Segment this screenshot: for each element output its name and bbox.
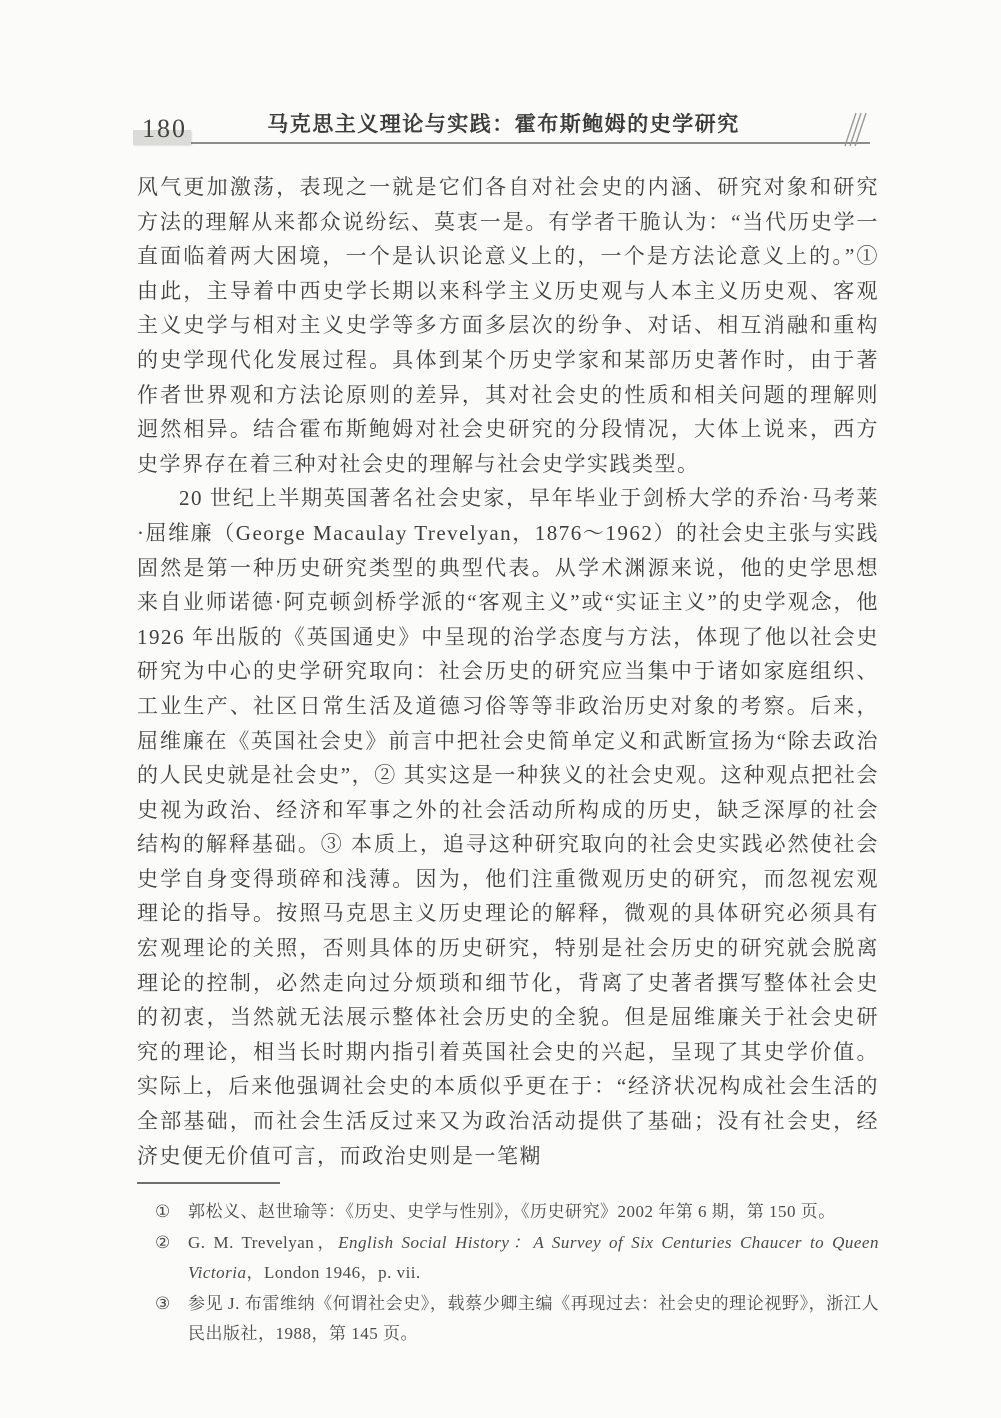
- footnote-separator: [137, 1182, 280, 1184]
- footnote-1-marker: ①: [155, 1197, 177, 1228]
- footnote-1-text: 郭松义、赵世瑜等：《历史、史学与性别》，《历史研究》2002 年第 6 期，第 …: [188, 1197, 879, 1228]
- footnote-2-author: G. M. Trevelyan，: [188, 1233, 338, 1252]
- footnote-3-text: 参见 J. 布雷维纳《何谓社会史》，载蔡少卿主编《再现过去：社会史的理论视野》，…: [188, 1289, 879, 1350]
- page-content: 180 马克思主义理论与实践：霍布斯鲍姆的史学研究 风气更加激荡，表现之一就是它…: [137, 0, 879, 1350]
- footnote-1: ① 郭松义、赵世瑜等：《历史、史学与性别》，《历史研究》2002 年第 6 期，…: [155, 1197, 879, 1228]
- footnote-3: ③ 参见 J. 布雷维纳《何谓社会史》，载蔡少卿主编《再现过去：社会史的理论视野…: [155, 1289, 879, 1350]
- footnote-2-publisher: ，London 1946，p. vii.: [246, 1263, 420, 1282]
- body-paragraph-2: 20 世纪上半期英国著名社会史家，早年毕业于剑桥大学的乔治·马考莱·屈维廉（Ge…: [137, 481, 879, 1173]
- page-body: 风气更加激荡，表现之一就是它们各自对社会史的内涵、研究对象和研究方法的理解从来都…: [137, 170, 879, 1173]
- page-header: 180 马克思主义理论与实践：霍布斯鲍姆的史学研究: [137, 100, 870, 144]
- footnote-2-text: G. M. Trevelyan，English Social History：A…: [188, 1228, 879, 1289]
- running-head-title: 马克思主义理论与实践：霍布斯鲍姆的史学研究: [137, 108, 870, 138]
- body-paragraph-1: 风气更加激荡，表现之一就是它们各自对社会史的内涵、研究对象和研究方法的理解从来都…: [137, 170, 879, 481]
- footnotes-section: ① 郭松义、赵世瑜等：《历史、史学与性别》，《历史研究》2002 年第 6 期，…: [137, 1182, 879, 1350]
- footnote-2: ② G. M. Trevelyan，English Social History…: [155, 1228, 879, 1289]
- footnote-2-marker: ②: [155, 1228, 177, 1289]
- book-page: 180 马克思主义理论与实践：霍布斯鲍姆的史学研究 风气更加激荡，表现之一就是它…: [0, 0, 1001, 1418]
- corner-slash-icon: [840, 110, 868, 148]
- footnote-3-marker: ③: [155, 1289, 177, 1350]
